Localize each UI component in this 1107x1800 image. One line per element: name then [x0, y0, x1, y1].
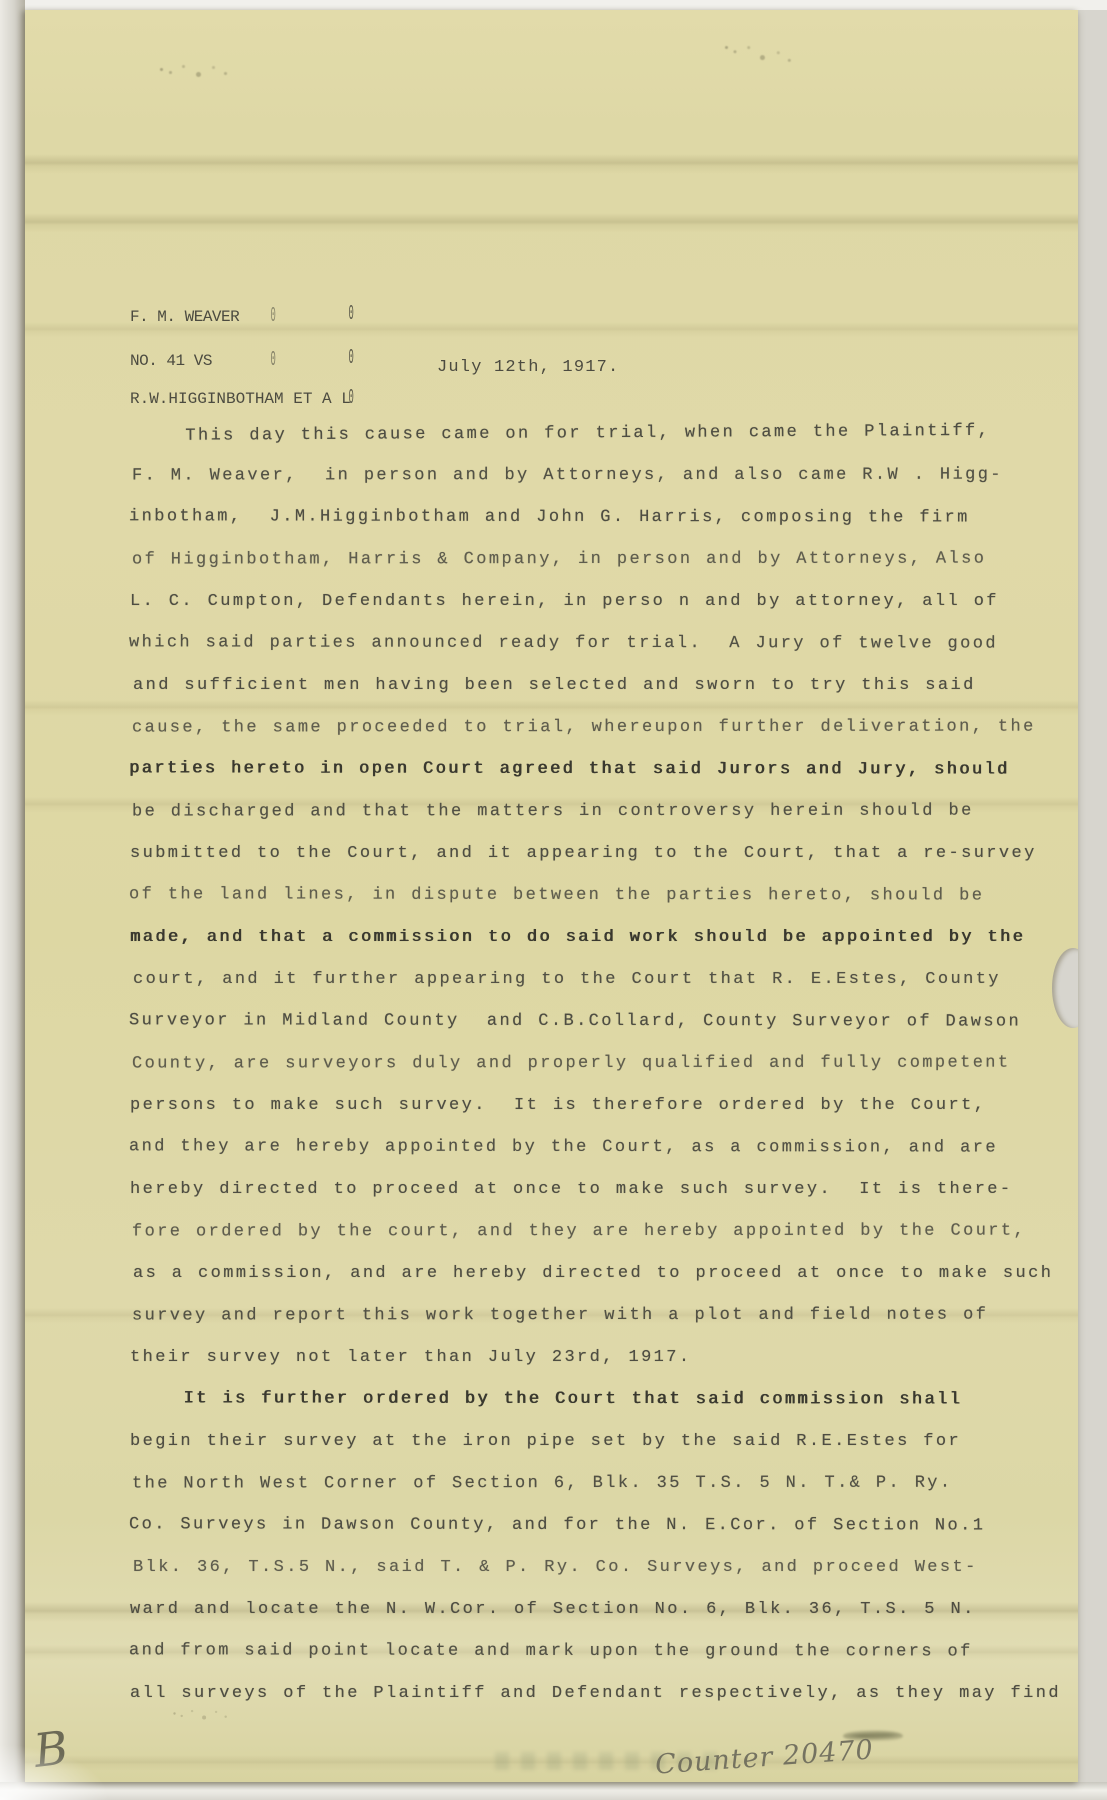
typed-line: hereby directed to proceed at once to ma… — [130, 1180, 1078, 1222]
typed-line: made, and that a commission to do said w… — [130, 928, 1078, 970]
ink-specks — [725, 46, 728, 49]
typed-line: Blk. 36, T.S.5 N., said T. & P. Ry. Co. … — [133, 1558, 1078, 1600]
typed-line: Surveyor in Midland County and C.B.Colla… — [129, 1011, 1078, 1054]
typed-line: court, and it further appearing to the C… — [133, 970, 1078, 1012]
typed-brace-mark: 0 — [271, 305, 276, 328]
typed-brace-mark: 0 — [349, 347, 354, 370]
scanned-document-page: F. M. WEAVER NO. 41 VS R.W.HIGGINBOTHAM … — [0, 0, 1107, 1800]
scan-background-bottom — [0, 1782, 1107, 1800]
typed-line: This day this cause came on for trial, w… — [131, 421, 1078, 469]
typed-brace-mark: 0 — [349, 387, 354, 410]
typed-line: their survey not later than July 23rd, 1… — [130, 1348, 1078, 1390]
paper-crease — [25, 213, 1078, 233]
typed-line: be discharged and that the matters in co… — [132, 801, 1078, 844]
typed-brace-mark: 0 — [271, 349, 276, 372]
typed-line: inbotham, J.M.Higginbotham and John G. H… — [129, 507, 1078, 550]
typed-brace-mark: 0 — [349, 303, 354, 326]
defendant-name: R.W.HIGGINBOTHAM ET A L — [130, 390, 351, 408]
typed-line: cause, the same proceeded to trial, wher… — [132, 717, 1078, 760]
typed-line: persons to make such survey. It is there… — [130, 1096, 1078, 1138]
typed-line: County, are surveyors duly and properly … — [132, 1053, 1078, 1096]
paper-sheet: F. M. WEAVER NO. 41 VS R.W.HIGGINBOTHAM … — [25, 10, 1078, 1782]
scan-background-top — [0, 0, 1107, 10]
typed-line: parties hereto in open Court agreed that… — [129, 759, 1078, 802]
typed-line: and they are hereby appointed by the Cou… — [129, 1137, 1078, 1180]
ink-specks — [160, 68, 163, 71]
typed-line: Co. Surveys in Dawson County, and for th… — [129, 1515, 1078, 1558]
case-caption: F. M. WEAVER NO. 41 VS R.W.HIGGINBOTHAM … — [130, 308, 850, 432]
counter-number-annotation: Counter 20470 — [654, 1734, 875, 1780]
typed-line: and sufficient men having been selected … — [133, 676, 1078, 718]
typed-line: ward and locate the N. W.Cor. of Section… — [130, 1600, 1078, 1642]
typed-line: which said parties announced ready for t… — [129, 633, 1078, 676]
typed-line: of Higginbotham, Harris & Company, in pe… — [132, 549, 1078, 592]
typed-line: and from said point locate and mark upon… — [129, 1641, 1078, 1684]
typed-line: submitted to the Court, and it appearing… — [130, 844, 1078, 886]
scan-glare — [0, 1744, 110, 1800]
typed-line: fore ordered by the court, and they are … — [132, 1221, 1078, 1264]
typed-line: the North West Corner of Section 6, Blk.… — [132, 1473, 1078, 1516]
typed-line: of the land lines, in dispute between th… — [129, 885, 1078, 928]
scan-background-left — [0, 0, 25, 1800]
typed-line: It is further ordered by the Court that … — [129, 1389, 1078, 1432]
case-number: NO. 41 VS — [130, 352, 212, 370]
plaintiff-name: F. M. WEAVER — [130, 308, 239, 326]
typed-line: L. C. Cumpton, Defendants herein, in per… — [130, 592, 1078, 634]
typed-line: all surveys of the Plaintiff and Defenda… — [130, 1684, 1078, 1726]
order-date: July 12th, 1917. — [437, 358, 619, 377]
typed-line: F. M. Weaver, in person and by Attorneys… — [132, 465, 1078, 508]
paper-crease — [25, 154, 1078, 174]
typed-line: begin their survey at the iron pipe set … — [130, 1432, 1078, 1474]
typed-line: as a commission, and are hereby directed… — [133, 1264, 1078, 1306]
typed-line: survey and report this work together wit… — [132, 1305, 1078, 1348]
typed-body-text: This day this cause came on for trial, w… — [130, 424, 1078, 1726]
